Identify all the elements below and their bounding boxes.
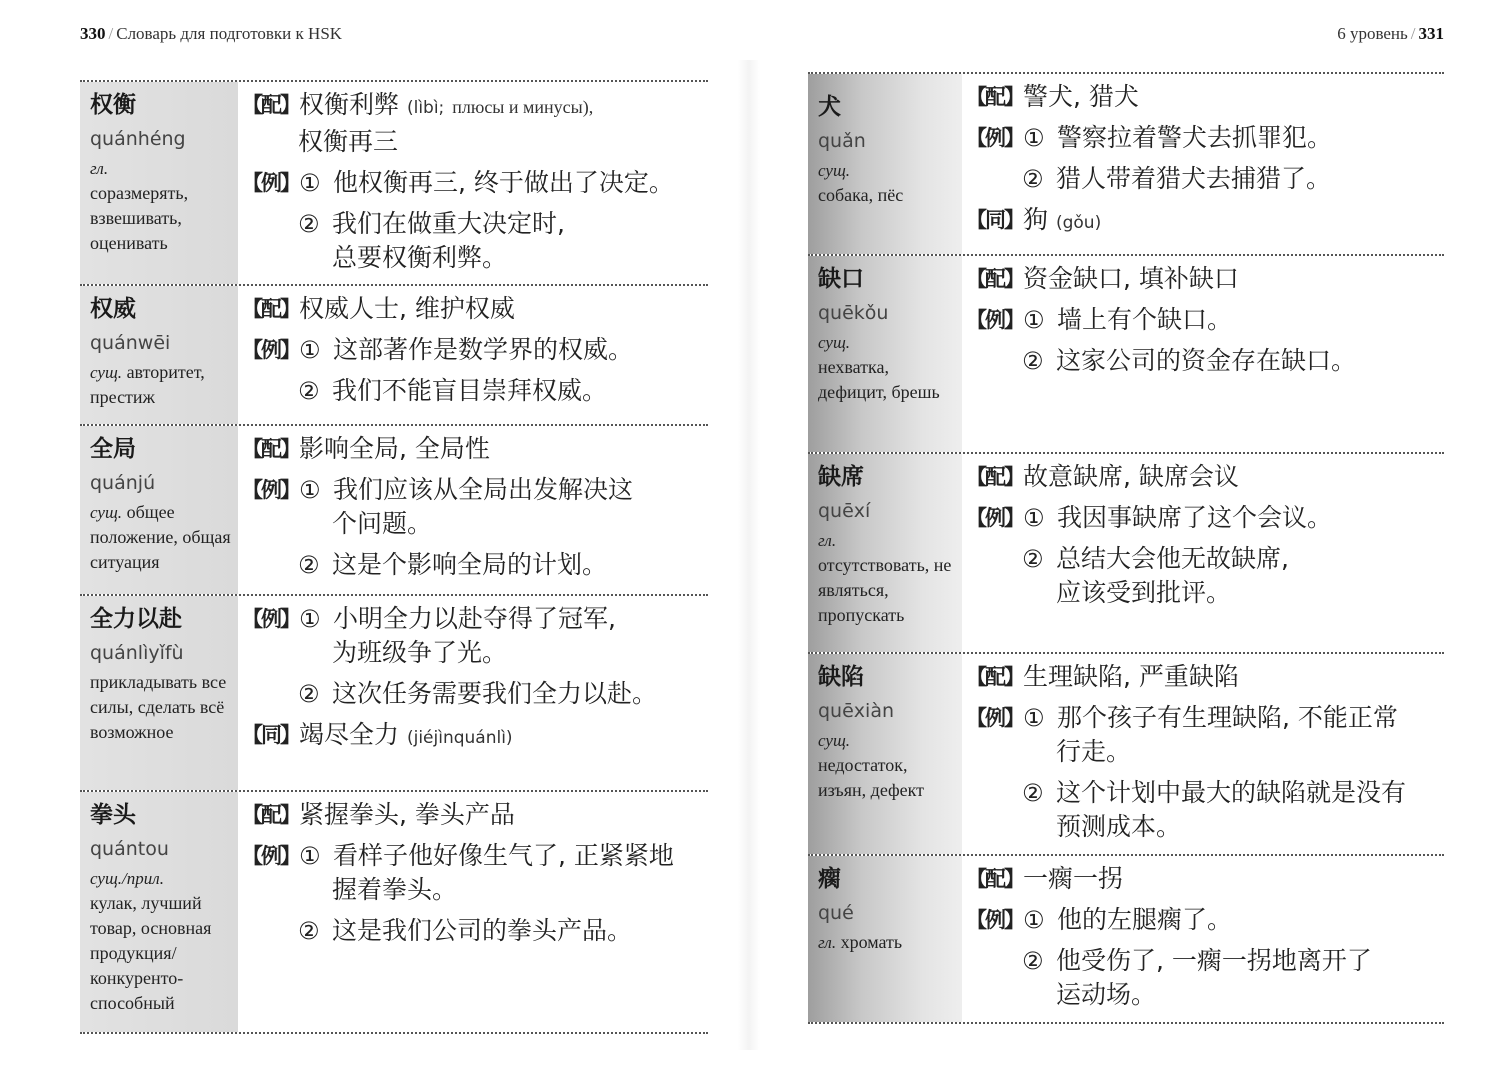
entry-list: 权衡 quánhéng гл.соразмерять, взвешивать, … xyxy=(80,80,708,1034)
part-of-speech: гл. xyxy=(818,531,836,550)
headword-column: 缺陷 quēxiàn сущ.недостаток, изъян, дефект xyxy=(808,654,962,854)
example-text: 他权衡再三, 终于做出了决定。 xyxy=(333,166,708,200)
entry-list: 犬 quǎn сущ.собака, пёс 【配】警犬, 猎犬 【例】①警察拉… xyxy=(808,72,1444,1024)
example-text: 这个计划中最大的缺陷就是没有 xyxy=(1056,776,1444,810)
example-number: ① xyxy=(1023,501,1057,535)
example-text: 这是我们公司的拳头产品。 xyxy=(332,914,708,948)
page-number: 331 xyxy=(1419,24,1445,43)
headword: 瘸 xyxy=(818,864,956,894)
tag-example: 【例】 xyxy=(242,333,299,367)
left-page: 330/Словарь для подготовки к HSK 权衡 quán… xyxy=(0,0,748,1080)
example-number: ② xyxy=(298,207,332,241)
example-text: 应该受到批评。 xyxy=(1056,576,1444,610)
example-line: ②这是我们公司的拳头产品。 xyxy=(242,914,708,948)
synonym-line: 【同】竭尽全力 (jiéjìnquánlì) xyxy=(242,718,708,755)
tag-example: 【例】 xyxy=(242,166,299,200)
pinyin: quǎn xyxy=(818,128,956,154)
tag-collocation: 【配】 xyxy=(966,862,1023,896)
headword: 缺口 xyxy=(818,264,956,294)
headword-column: 瘸 qué гл. хромать xyxy=(808,856,962,1022)
translation: соразмерять, взвешивать, оценивать xyxy=(90,183,188,253)
entry-body: 【配】影响全局, 全局性 【例】①我们应该从全局出发解决这 个问题。 ②这是个影… xyxy=(238,426,708,594)
collocation-line: 【配】影响全局, 全局性 xyxy=(242,432,708,466)
example-number: ① xyxy=(1023,701,1057,735)
example-line: ②这家公司的资金存在缺口。 xyxy=(966,344,1444,378)
example-number: ② xyxy=(298,677,332,711)
tag-example: 【例】 xyxy=(966,303,1023,337)
book-title: Словарь для подготовки к HSK xyxy=(116,24,342,43)
part-of-speech: сущ. xyxy=(818,161,850,180)
example-text: 他受伤了, 一瘸一拐地离开了 xyxy=(1056,944,1444,978)
example-line: 【例】①小明全力以赴夺得了冠军, xyxy=(242,602,708,636)
definition: сущ.собака, пёс xyxy=(818,158,956,208)
pinyin-annotation: (jiéjìnquánlì) xyxy=(407,728,513,748)
example-line: ②猎人带着猎犬去捕猎了。 xyxy=(966,162,1444,196)
collocation-text: 一瘸一拐 xyxy=(1023,862,1444,896)
synonym-text: 竭尽全力 xyxy=(299,720,399,749)
example-line: ②我们不能盲目崇拜权威。 xyxy=(242,374,708,408)
example-line: ②这个计划中最大的缺陷就是没有 xyxy=(966,776,1444,810)
dictionary-entry: 缺席 quēxí гл.отсутствовать, не являться, … xyxy=(808,452,1444,652)
tag-example: 【例】 xyxy=(242,602,299,636)
russian-annotation: плюсы и минусы), xyxy=(452,97,593,117)
definition: сущ. авторитет, престиж xyxy=(90,360,232,410)
example-number: ② xyxy=(1022,776,1056,810)
continuation-line: 权衡再三 xyxy=(242,125,708,159)
continuation-line: 握着拳头。 xyxy=(242,873,708,907)
definition: сущ.нехватка, дефицит, брешь xyxy=(818,330,956,405)
example-text: 他的左腿瘸了。 xyxy=(1057,903,1444,937)
example-line: ②我们在做重大决定时, xyxy=(242,207,708,241)
example-text: 我们不能盲目崇拜权威。 xyxy=(332,374,708,408)
example-number: ② xyxy=(1022,162,1056,196)
headword-column: 权威 quánwēi сущ. авторитет, престиж xyxy=(80,286,238,424)
tag-collocation: 【配】 xyxy=(242,88,299,125)
translation: недостаток, изъян, дефект xyxy=(818,755,924,800)
tag-example: 【例】 xyxy=(242,839,299,873)
page-number: 330 xyxy=(80,24,106,43)
entry-body: 【配】故意缺席, 缺席会议 【例】①我因事缺席了这个会议。 ②总结大会他无故缺席… xyxy=(962,454,1444,652)
example-number: ② xyxy=(1022,542,1056,576)
part-of-speech: гл. xyxy=(90,159,108,178)
example-text: 握着拳头。 xyxy=(332,873,708,907)
continuation-line: 预测成本。 xyxy=(966,810,1444,844)
definition: сущ. общее положение, общая ситуация xyxy=(90,500,232,575)
tag-example: 【例】 xyxy=(242,473,299,507)
example-text: 墙上有个缺口。 xyxy=(1057,303,1444,337)
separator: / xyxy=(1411,24,1416,43)
example-number: ① xyxy=(299,602,333,636)
example-text: 为班级争了光。 xyxy=(332,636,708,670)
example-text: 行走。 xyxy=(1056,735,1444,769)
headword-column: 权衡 quánhéng гл.соразмерять, взвешивать, … xyxy=(80,82,238,284)
tag-example: 【例】 xyxy=(966,121,1023,155)
dictionary-entry: 缺口 quēkǒu сущ.нехватка, дефицит, брешь 【… xyxy=(808,254,1444,452)
tag-example: 【例】 xyxy=(966,701,1023,735)
level-title: 6 уровень xyxy=(1337,24,1408,43)
translation: хромать xyxy=(841,932,903,952)
continuation-line: 总要权衡利弊。 xyxy=(242,241,708,275)
collocation-text: 影响全局, 全局性 xyxy=(299,432,708,466)
pinyin-annotation: (lìbì; xyxy=(407,98,444,118)
example-number: ① xyxy=(1023,903,1057,937)
example-line: 【例】①警察拉着警犬去抓罪犯。 xyxy=(966,121,1444,155)
example-number: ② xyxy=(298,914,332,948)
definition: прикладывать все силы, сделать всё возмо… xyxy=(90,670,232,745)
collocation-line: 【配】一瘸一拐 xyxy=(966,862,1444,896)
example-number: ① xyxy=(299,333,333,367)
headword-column: 犬 quǎn сущ.собака, пёс xyxy=(808,74,962,254)
part-of-speech: сущ. xyxy=(90,363,122,382)
collocation-text: 紧握拳头, 拳头产品 xyxy=(299,798,708,832)
example-number: ② xyxy=(298,374,332,408)
tag-example: 【例】 xyxy=(966,501,1023,535)
entry-body: 【配】权衡利弊 (lìbì; плюсы и минусы), 权衡再三 【例】… xyxy=(238,82,708,284)
tag-synonym: 【同】 xyxy=(242,718,299,755)
example-text: 那个孩子有生理缺陷, 不能正常 xyxy=(1057,701,1444,735)
dictionary-entry: 权衡 quánhéng гл.соразмерять, взвешивать, … xyxy=(80,80,708,284)
collocation-text: 权衡利弊 xyxy=(299,90,399,119)
dictionary-entry: 全局 quánjú сущ. общее положение, общая си… xyxy=(80,424,708,594)
tag-collocation: 【配】 xyxy=(242,798,299,832)
collocation-line: 【配】故意缺席, 缺席会议 xyxy=(966,460,1444,494)
example-line: ②这次任务需要我们全力以赴。 xyxy=(242,677,708,711)
headword-column: 缺席 quēxí гл.отсутствовать, не являться, … xyxy=(808,454,962,652)
example-number: ① xyxy=(1023,303,1057,337)
synonym-text: 狗 xyxy=(1023,205,1048,234)
definition: сущ./прил.кулак, лучший товар, основная … xyxy=(90,866,232,1016)
example-number: ① xyxy=(299,473,333,507)
pinyin: quánwēi xyxy=(90,330,232,356)
example-text: 个问题。 xyxy=(332,507,708,541)
entry-body: 【配】权威人士, 维护权威 【例】①这部著作是数学界的权威。 ②我们不能盲目崇拜… xyxy=(238,286,708,424)
collocation-text: 生理缺陷, 严重缺陷 xyxy=(1023,660,1444,694)
example-line: ②他受伤了, 一瘸一拐地离开了 xyxy=(966,944,1444,978)
definition: гл.отсутствовать, не являться, пропускат… xyxy=(818,528,956,628)
pinyin: quánhéng xyxy=(90,126,232,152)
example-line: 【例】①我因事缺席了这个会议。 xyxy=(966,501,1444,535)
headword: 全力以赴 xyxy=(90,604,232,634)
pinyin: quánjú xyxy=(90,470,232,496)
definition: сущ.недостаток, изъян, дефект xyxy=(818,728,956,803)
translation: кулак, лучший товар, основная продукция/… xyxy=(90,893,211,1013)
continuation-line: 运动场。 xyxy=(966,978,1444,1012)
example-text: 总结大会他无故缺席, xyxy=(1056,542,1444,576)
example-text: 这次任务需要我们全力以赴。 xyxy=(332,677,708,711)
headword-column: 拳头 quántou сущ./прил.кулак, лучший товар… xyxy=(80,792,238,1032)
example-text: 我因事缺席了这个会议。 xyxy=(1057,501,1444,535)
example-text: 这部著作是数学界的权威。 xyxy=(333,333,708,367)
tag-collocation: 【配】 xyxy=(242,292,299,326)
example-text: 小明全力以赴夺得了冠军, xyxy=(333,602,708,636)
example-line: 【例】①看样子他好像生气了, 正紧紧地 xyxy=(242,839,708,873)
example-text: 预测成本。 xyxy=(1056,810,1444,844)
headword: 拳头 xyxy=(90,800,232,830)
definition: гл. хромать xyxy=(818,930,956,955)
translation: собака, пёс xyxy=(818,185,903,205)
collocation-text: 故意缺席, 缺席会议 xyxy=(1023,460,1444,494)
example-text: 这是个影响全局的计划。 xyxy=(332,548,708,582)
collocation-text: 权威人士, 维护权威 xyxy=(299,292,708,326)
collocation-text: 警犬, 猎犬 xyxy=(1023,80,1444,114)
example-line: 【例】①他的左腿瘸了。 xyxy=(966,903,1444,937)
dictionary-entry: 全力以赴 quánlìyǐfù прикладывать все силы, с… xyxy=(80,594,708,790)
pinyin: qué xyxy=(818,900,956,926)
headword: 缺陷 xyxy=(818,662,956,692)
separator: / xyxy=(109,24,114,43)
headword-column: 全局 quánjú сущ. общее положение, общая си… xyxy=(80,426,238,594)
collocation-line: 【配】权威人士, 维护权威 xyxy=(242,292,708,326)
collocation-line: 【配】权衡利弊 (lìbì; плюсы и минусы), xyxy=(242,88,708,125)
pinyin: quēxiàn xyxy=(818,698,956,724)
example-number: ① xyxy=(299,839,333,873)
entry-body: 【配】警犬, 猎犬 【例】①警察拉着警犬去抓罪犯。 ②猎人带着猎犬去捕猎了。 【… xyxy=(962,74,1444,254)
headword-column: 全力以赴 quánlìyǐfù прикладывать все силы, с… xyxy=(80,596,238,790)
headword: 犬 xyxy=(818,92,956,122)
tag-synonym: 【同】 xyxy=(966,203,1023,240)
tag-collocation: 【配】 xyxy=(966,262,1023,296)
headword: 缺席 xyxy=(818,462,956,492)
example-text: 看样子他好像生气了, 正紧紧地 xyxy=(333,839,708,873)
example-text: 猎人带着猎犬去捕猎了。 xyxy=(1056,162,1444,196)
example-number: ① xyxy=(299,166,333,200)
headword: 权衡 xyxy=(90,90,232,120)
collocation-line: 【配】生理缺陷, 严重缺陷 xyxy=(966,660,1444,694)
entry-body: 【配】紧握拳头, 拳头产品 【例】①看样子他好像生气了, 正紧紧地 握着拳头。 … xyxy=(238,792,708,1032)
entry-body: 【配】生理缺陷, 严重缺陷 【例】①那个孩子有生理缺陷, 不能正常 行走。 ②这… xyxy=(962,654,1444,854)
translation: прикладывать все силы, сделать всё возмо… xyxy=(90,672,226,742)
example-text: 这家公司的资金存在缺口。 xyxy=(1056,344,1444,378)
example-number: ② xyxy=(1022,944,1056,978)
tag-collocation: 【配】 xyxy=(966,80,1023,114)
part-of-speech: сущ. xyxy=(818,333,850,352)
part-of-speech: сущ. xyxy=(818,731,850,750)
definition: гл.соразмерять, взвешивать, оценивать xyxy=(90,156,232,256)
dictionary-entry: 权威 quánwēi сущ. авторитет, престиж 【配】权威… xyxy=(80,284,708,424)
entry-body: 【例】①小明全力以赴夺得了冠军, 为班级争了光。 ②这次任务需要我们全力以赴。 … xyxy=(238,596,708,790)
continuation-line: 行走。 xyxy=(966,735,1444,769)
dictionary-entry: 瘸 qué гл. хромать 【配】一瘸一拐 【例】①他的左腿瘸了。 ②他… xyxy=(808,854,1444,1024)
dictionary-entry: 缺陷 quēxiàn сущ.недостаток, изъян, дефект… xyxy=(808,652,1444,854)
dictionary-entry: 拳头 quántou сущ./прил.кулак, лучший товар… xyxy=(80,790,708,1034)
example-text: 我们应该从全局出发解决这 xyxy=(333,473,708,507)
part-of-speech: сущ./прил. xyxy=(90,869,164,888)
example-text: 总要权衡利弊。 xyxy=(332,241,708,275)
entry-body: 【配】一瘸一拐 【例】①他的左腿瘸了。 ②他受伤了, 一瘸一拐地离开了 运动场。 xyxy=(962,856,1444,1022)
headword: 权威 xyxy=(90,294,232,324)
synonym-line: 【同】狗 (gǒu) xyxy=(966,203,1444,240)
example-number: ① xyxy=(1023,121,1057,155)
part-of-speech: сущ. xyxy=(90,503,122,522)
example-line: 【例】①这部著作是数学界的权威。 xyxy=(242,333,708,367)
part-of-speech: гл. xyxy=(818,933,836,952)
pinyin: quántou xyxy=(90,836,232,862)
tag-collocation: 【配】 xyxy=(242,432,299,466)
collocation-line: 【配】资金缺口, 填补缺口 xyxy=(966,262,1444,296)
tag-example: 【例】 xyxy=(966,903,1023,937)
collocation-text: 权衡再三 xyxy=(298,125,708,159)
headword: 全局 xyxy=(90,434,232,464)
dictionary-entry: 犬 quǎn сущ.собака, пёс 【配】警犬, 猎犬 【例】①警察拉… xyxy=(808,72,1444,254)
entry-body: 【配】资金缺口, 填补缺口 【例】①墙上有个缺口。 ②这家公司的资金存在缺口。 xyxy=(962,256,1444,452)
headword-column: 缺口 quēkǒu сущ.нехватка, дефицит, брешь xyxy=(808,256,962,452)
pinyin: quēxí xyxy=(818,498,956,524)
example-line: ②这是个影响全局的计划。 xyxy=(242,548,708,582)
running-head-right: 6 уровень/331 xyxy=(1337,24,1444,44)
running-head-left: 330/Словарь для подготовки к HSK xyxy=(80,24,342,44)
pinyin-annotation: (gǒu) xyxy=(1056,213,1101,233)
continuation-line: 个问题。 xyxy=(242,507,708,541)
translation: нехватка, дефицит, брешь xyxy=(818,357,940,402)
example-line: 【例】①那个孩子有生理缺陷, 不能正常 xyxy=(966,701,1444,735)
example-text: 运动场。 xyxy=(1056,978,1444,1012)
example-text: 我们在做重大决定时, xyxy=(332,207,708,241)
example-number: ② xyxy=(298,548,332,582)
tag-collocation: 【配】 xyxy=(966,660,1023,694)
collocation-text: 资金缺口, 填补缺口 xyxy=(1023,262,1444,296)
example-text: 警察拉着警犬去抓罪犯。 xyxy=(1057,121,1444,155)
continuation-line: 应该受到批评。 xyxy=(966,576,1444,610)
pinyin: quēkǒu xyxy=(818,300,956,326)
example-line: ②总结大会他无故缺席, xyxy=(966,542,1444,576)
tag-collocation: 【配】 xyxy=(966,460,1023,494)
right-page: 6 уровень/331 犬 quǎn сущ.собака, пёс 【配】… xyxy=(748,0,1496,1080)
collocation-line: 【配】紧握拳头, 拳头产品 xyxy=(242,798,708,832)
collocation-line: 【配】警犬, 猎犬 xyxy=(966,80,1444,114)
example-line: 【例】①我们应该从全局出发解决这 xyxy=(242,473,708,507)
translation: отсутствовать, не являться, пропускать xyxy=(818,555,951,625)
continuation-line: 为班级争了光。 xyxy=(242,636,708,670)
example-line: 【例】①他权衡再三, 终于做出了决定。 xyxy=(242,166,708,200)
pinyin: quánlìyǐfù xyxy=(90,640,232,666)
example-line: 【例】①墙上有个缺口。 xyxy=(966,303,1444,337)
example-number: ② xyxy=(1022,344,1056,378)
